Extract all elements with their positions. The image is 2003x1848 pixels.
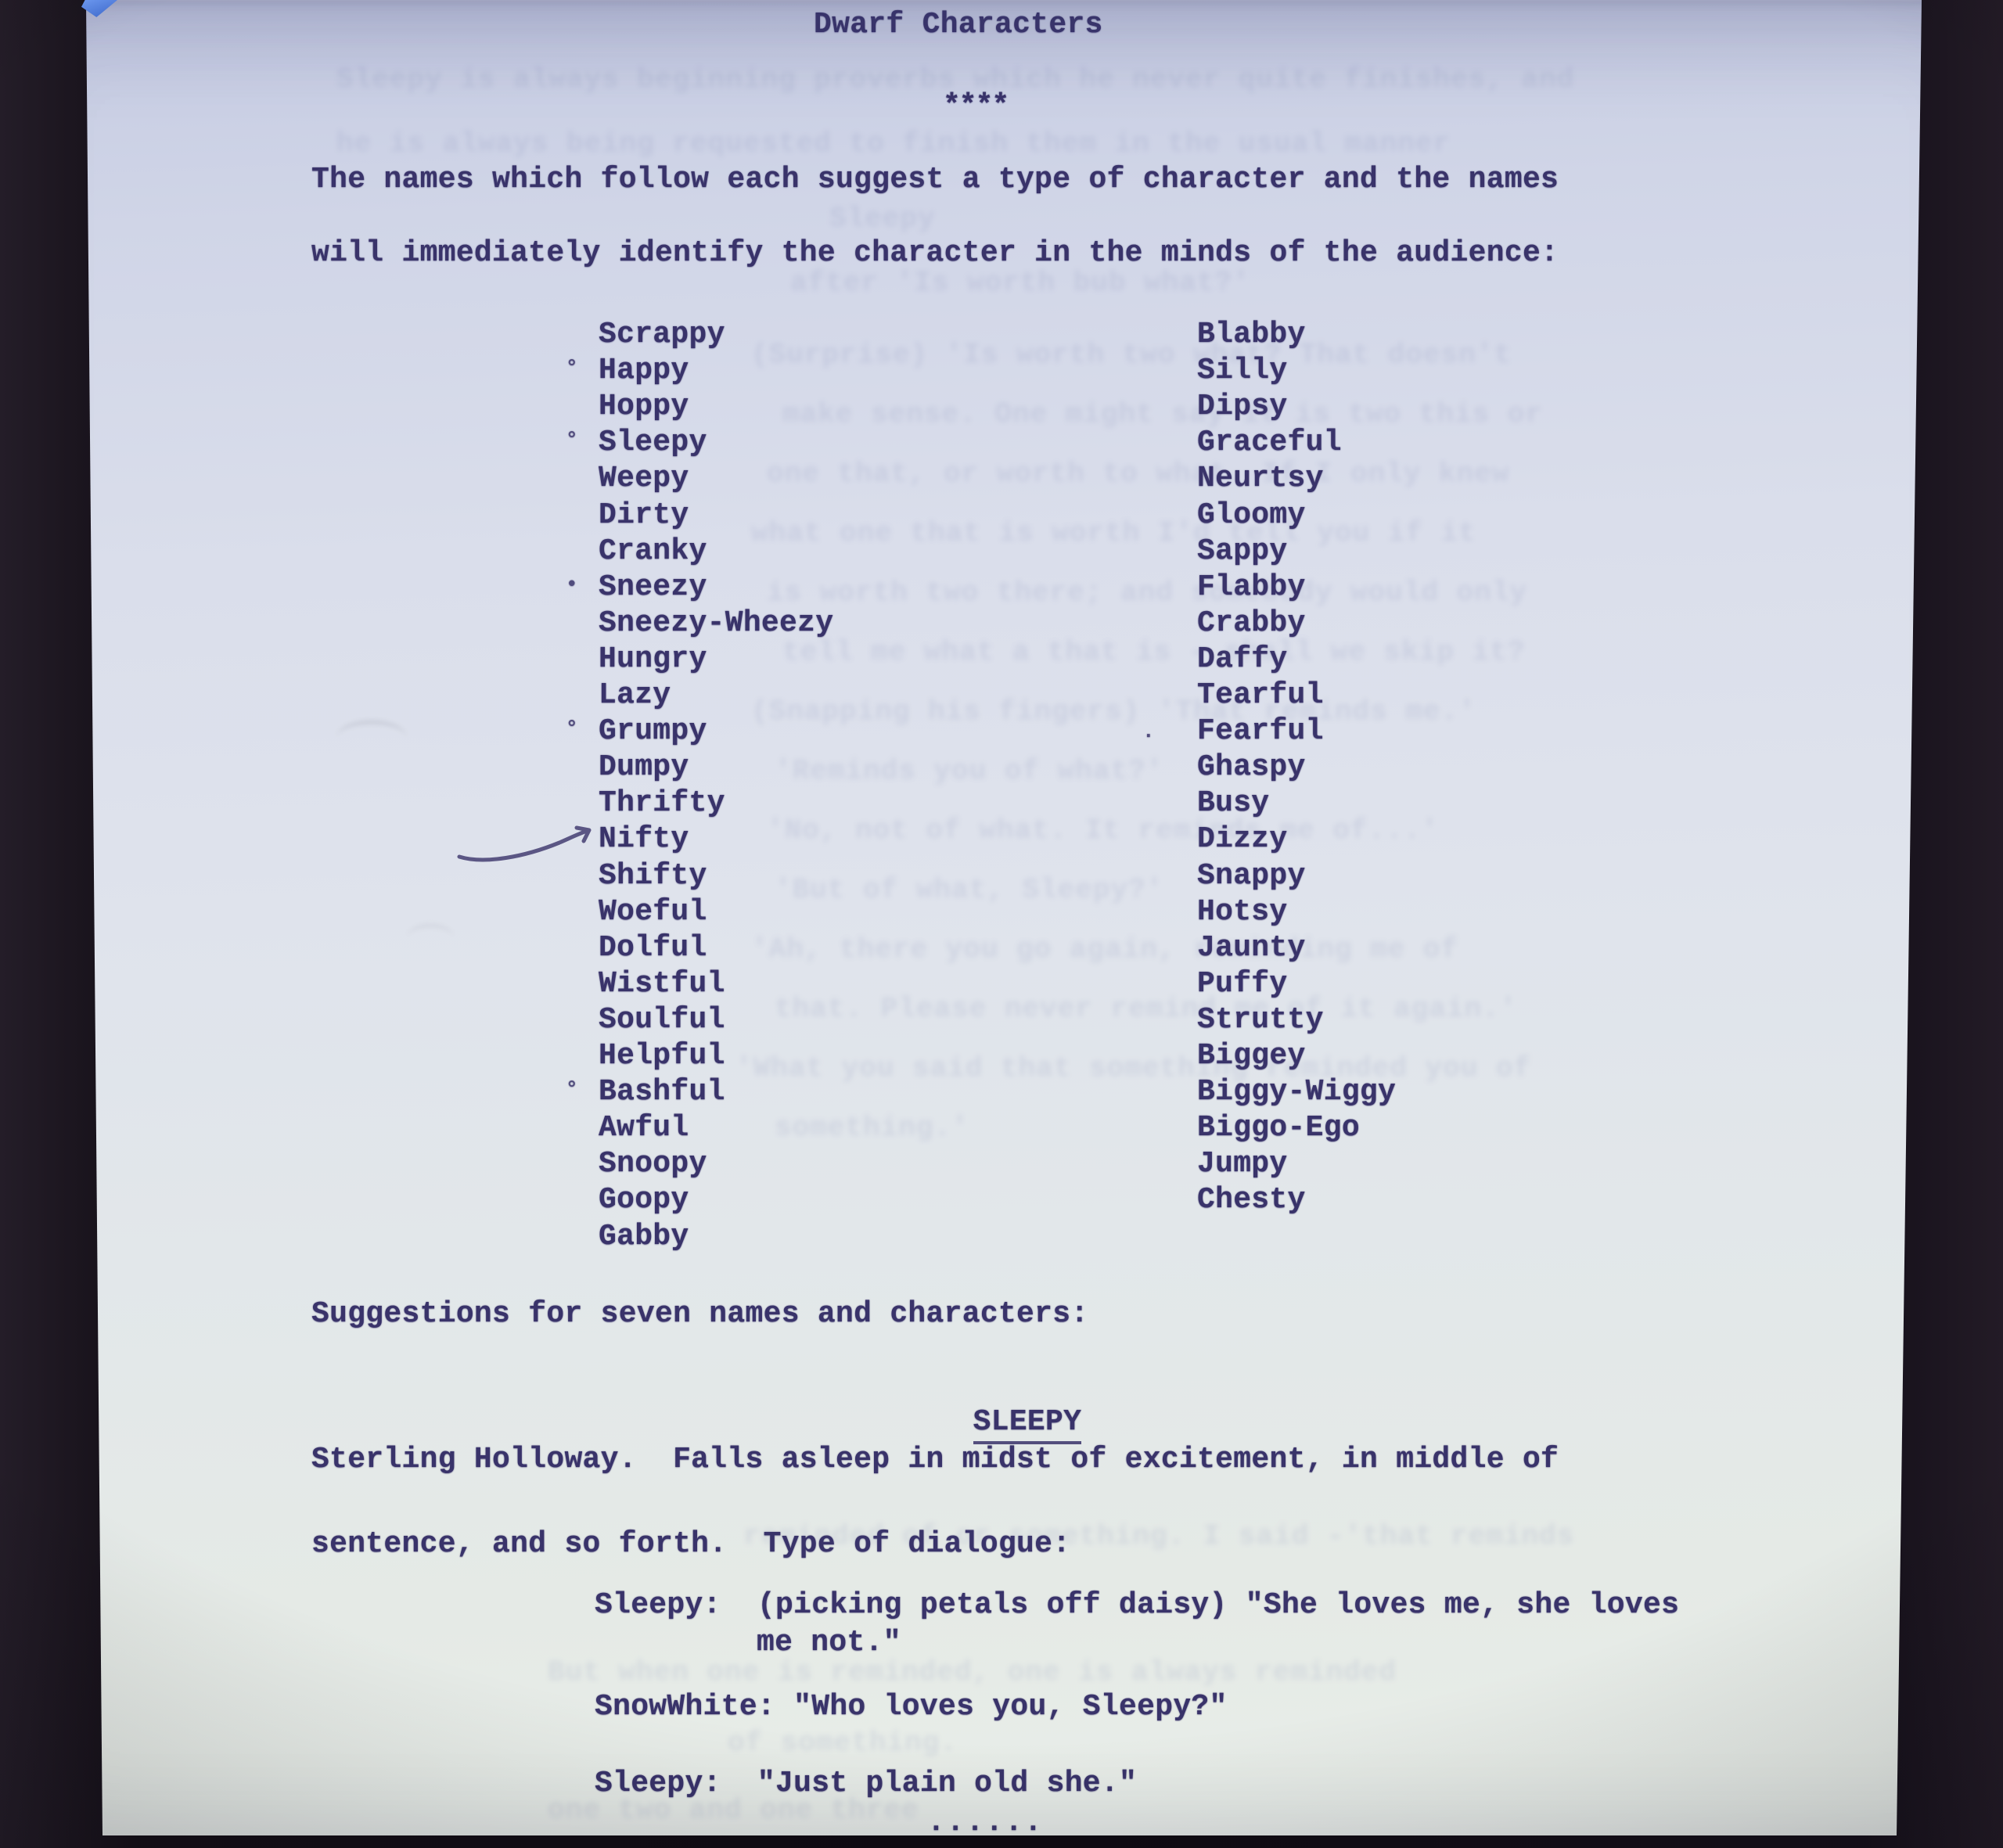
name-row: Nifty xyxy=(599,822,689,857)
name-row: Graceful xyxy=(1197,426,1342,460)
bleedthrough-line: 'Ah, there you go again, reminding me of xyxy=(751,936,1458,964)
pencil-check-mark: ° xyxy=(566,357,578,380)
name-row: °Happy xyxy=(599,354,689,388)
dwarf-name: Biggey xyxy=(1197,1039,1306,1073)
dwarf-name: Sneezy xyxy=(599,570,707,604)
dwarf-name: Bashful xyxy=(599,1075,725,1109)
name-row: Jaunty xyxy=(1197,931,1306,965)
dwarf-name: Helpful xyxy=(599,1039,725,1073)
dwarf-name: Jumpy xyxy=(1197,1147,1288,1181)
name-row: Hotsy xyxy=(1197,895,1288,929)
bleedthrough-line: tell me what a that is - shall we skip i… xyxy=(782,638,1525,667)
dwarf-name: Dumpy xyxy=(599,750,689,784)
dwarf-name: Hoppy xyxy=(599,390,689,423)
page-title: Dwarf Characters xyxy=(814,8,1103,42)
name-row: Snappy xyxy=(1197,859,1306,893)
name-row: Woeful xyxy=(599,895,707,929)
name-row: Jumpy xyxy=(1197,1147,1288,1181)
dwarf-name: Dirty xyxy=(599,498,689,532)
name-row: Dumpy xyxy=(599,750,689,785)
dwarf-name: Soulful xyxy=(599,1003,725,1037)
name-row: Snoopy xyxy=(599,1147,707,1181)
dwarf-name: Ghaspy xyxy=(1197,750,1306,784)
bleedthrough-line: 'What you said that something reminded y… xyxy=(735,1055,1531,1083)
dwarf-name: Fearful xyxy=(1197,714,1324,748)
dialogue-sleepy-2: Sleepy: "Just plain old she." xyxy=(595,1767,1137,1801)
name-row: Puffy xyxy=(1197,967,1288,1001)
document-page: Sleepy is always beginning proverbs whic… xyxy=(0,0,2003,1848)
intro-line-1: The names which follow each suggest a ty… xyxy=(311,163,1559,197)
dwarf-name: Hungry xyxy=(599,642,707,676)
name-row: Gloomy xyxy=(1197,498,1306,533)
pencil-check-mark: • xyxy=(566,573,578,597)
dwarf-name: Chesty xyxy=(1197,1183,1306,1217)
suggestions-heading: Suggestions for seven names and characte… xyxy=(311,1297,1088,1332)
bleedthrough-line: what one that is worth I'd tell you if i… xyxy=(751,520,1476,548)
separator-asterisks: **** xyxy=(943,89,1008,124)
name-row: Dizzy xyxy=(1197,822,1288,857)
pen-arrow-annotation xyxy=(453,811,610,866)
dwarf-name: Puffy xyxy=(1197,967,1288,1001)
name-row: Sneezy-Wheezy xyxy=(599,606,833,641)
dwarf-name: Happy xyxy=(599,354,689,387)
footer-dots: ...... xyxy=(927,1806,1044,1840)
pencil-check-mark: ° xyxy=(566,717,578,741)
dwarf-name: Woeful xyxy=(599,895,707,929)
dwarf-name: Tearful xyxy=(1197,678,1324,712)
dwarf-name: Snappy xyxy=(1197,859,1306,893)
bleedthrough-line: But when one is reminded, one is always … xyxy=(548,1659,1397,1687)
name-row: Helpful xyxy=(599,1039,725,1073)
dwarf-name: Lazy xyxy=(599,678,671,712)
name-row: Goopy xyxy=(599,1183,689,1217)
bleedthrough-line: one that, or worth to what. If I only kn… xyxy=(767,460,1509,488)
bleedthrough-line: of something. xyxy=(728,1729,958,1757)
dwarf-name: Biggy-Wiggy xyxy=(1197,1075,1396,1109)
pencil-smudge xyxy=(336,720,407,756)
name-row: Busy xyxy=(1197,786,1269,821)
name-row: Thrifty xyxy=(599,786,725,821)
name-row: Flabby xyxy=(1197,570,1306,605)
description-line-2: sentence, and so forth. Type of dialogue… xyxy=(311,1527,1070,1562)
dwarf-name: Gabby xyxy=(599,1220,689,1253)
name-row: Tearful xyxy=(1197,678,1324,713)
dwarf-name: Dipsy xyxy=(1197,390,1288,423)
bleedthrough-line: 'But of what, Sleepy?' xyxy=(775,876,1163,904)
dwarf-name: Dizzy xyxy=(1197,822,1288,856)
bleedthrough-line: 'Reminds you of what?' xyxy=(775,757,1163,786)
name-row: •Sneezy xyxy=(599,570,707,605)
name-row: Scrappy xyxy=(599,318,725,352)
name-row: Gabby xyxy=(599,1220,689,1254)
bleedthrough-line: he is always being requested to finish t… xyxy=(336,130,1451,158)
name-row: Weepy xyxy=(599,462,689,496)
name-row: Biggy-Wiggy xyxy=(1197,1075,1396,1109)
intro-line-2: will immediately identify the character … xyxy=(311,236,1559,271)
dwarf-name: Goopy xyxy=(599,1183,689,1217)
dwarf-name: Crabby xyxy=(1197,606,1306,640)
dialogue-snowwhite: SnowWhite: "Who loves you, Sleepy?" xyxy=(595,1690,1228,1724)
pencil-check-mark: ° xyxy=(566,429,578,452)
name-row: Blabby xyxy=(1197,318,1306,352)
name-row: Daffy xyxy=(1197,642,1288,677)
bleedthrough-line: 'No, not of what. It reminds me of...' xyxy=(767,817,1439,845)
bleedthrough-line: that. Please never remind me of it again… xyxy=(775,995,1517,1023)
dwarf-name: Flabby xyxy=(1197,570,1306,604)
bleedthrough-line: something.' xyxy=(775,1114,969,1142)
dwarf-name: Busy xyxy=(1197,786,1269,820)
dwarf-name: Biggo-Ego xyxy=(1197,1111,1360,1145)
bleedthrough-line: after 'Is worth bub what?' xyxy=(790,269,1250,297)
dwarf-name: Snoopy xyxy=(599,1147,707,1181)
name-row: Neurtsy xyxy=(1197,462,1324,496)
pencil-smudge xyxy=(407,923,454,951)
name-row: Dipsy xyxy=(1197,390,1288,424)
name-row: Shifty xyxy=(599,859,707,893)
dialogue-sleepy-1: Sleepy: (picking petals off daisy) "She … xyxy=(595,1588,1679,1623)
name-row: °Grumpy xyxy=(599,714,707,749)
dwarf-name: Nifty xyxy=(599,822,689,856)
dwarf-name: Blabby xyxy=(1197,318,1306,351)
dwarf-name: Sleepy xyxy=(599,426,707,459)
name-row: Dirty xyxy=(599,498,689,533)
name-row: Chesty xyxy=(1197,1183,1306,1217)
name-row: Awful xyxy=(599,1111,689,1145)
dwarf-name: Graceful xyxy=(1197,426,1342,459)
name-row: .Fearful xyxy=(1197,714,1324,749)
dwarf-name: Scrappy xyxy=(599,318,725,351)
name-row: Crabby xyxy=(1197,606,1306,641)
dwarf-name: Daffy xyxy=(1197,642,1288,676)
bleedthrough-line: (Snapping his fingers) 'That reminds me.… xyxy=(751,698,1476,726)
name-row: Silly xyxy=(1197,354,1288,388)
name-row: Biggey xyxy=(1197,1039,1306,1073)
bleedthrough-line: make sense. One might say it is two this… xyxy=(782,401,1543,429)
dwarf-name: Sappy xyxy=(1197,534,1288,568)
underlined-heading-text: SLEEPY xyxy=(973,1405,1082,1444)
name-row: Dolful xyxy=(599,931,707,965)
name-row: °Sleepy xyxy=(599,426,707,460)
dwarf-name: Dolful xyxy=(599,931,707,965)
name-row: Hungry xyxy=(599,642,707,677)
photo-of-document: Sleepy is always beginning proverbs whic… xyxy=(0,0,2003,1848)
name-row: Strutty xyxy=(1197,1003,1324,1037)
name-row: Biggo-Ego xyxy=(1197,1111,1360,1145)
dialogue-sleepy-1-wrap: me not." xyxy=(757,1626,901,1660)
name-row: Sappy xyxy=(1197,534,1288,569)
dwarf-name: Sneezy-Wheezy xyxy=(599,606,833,640)
dwarf-name: Grumpy xyxy=(599,714,707,748)
dwarf-name: Jaunty xyxy=(1197,931,1306,965)
dwarf-name: Neurtsy xyxy=(1197,462,1324,495)
dwarf-name: Cranky xyxy=(599,534,707,568)
name-row: Soulful xyxy=(599,1003,725,1037)
pencil-check-mark: ° xyxy=(566,1078,578,1102)
name-row: Cranky xyxy=(599,534,707,569)
bleedthrough-line: is worth two there; and somebody would o… xyxy=(767,579,1527,607)
name-row: Wistful xyxy=(599,967,725,1001)
name-row: °Bashful xyxy=(599,1075,725,1109)
dwarf-name: Weepy xyxy=(599,462,689,495)
dwarf-name: Silly xyxy=(1197,354,1288,387)
bleedthrough-line: Sleepy xyxy=(829,205,936,233)
pencil-check-mark: . xyxy=(1142,721,1155,744)
dwarf-name: Wistful xyxy=(599,967,725,1001)
dwarf-name: Shifty xyxy=(599,859,707,893)
bleedthrough-line: (Surprise) 'Is worth two what? That does… xyxy=(751,341,1512,369)
dwarf-name: Hotsy xyxy=(1197,895,1288,929)
dwarf-name: Gloomy xyxy=(1197,498,1306,532)
dwarf-name: Strutty xyxy=(1197,1003,1324,1037)
description-line-1: Sterling Holloway. Falls asleep in midst… xyxy=(311,1443,1559,1477)
name-row: Ghaspy xyxy=(1197,750,1306,785)
dwarf-name: Awful xyxy=(599,1111,689,1145)
name-row: Hoppy xyxy=(599,390,689,424)
dwarf-name: Thrifty xyxy=(599,786,725,820)
name-row: Lazy xyxy=(599,678,671,713)
